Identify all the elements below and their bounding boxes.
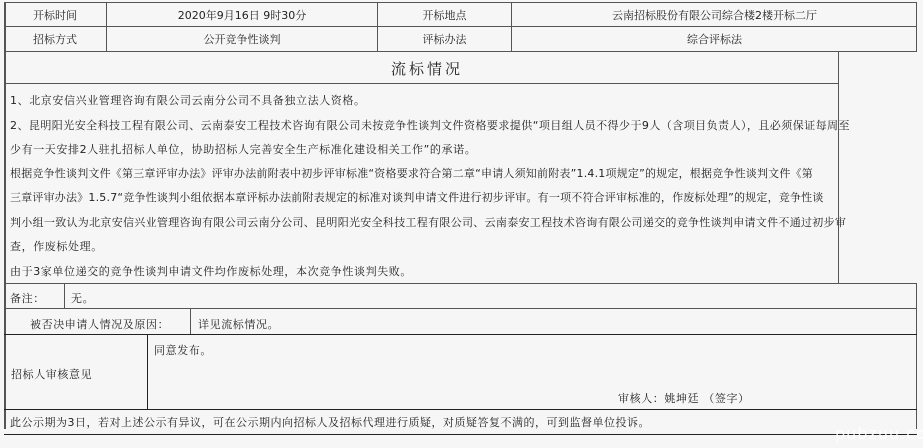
failure-line-1: 1、北京安信兴业管理咨询有限公司云南分公司不具备独立法人资格。 [10,92,366,108]
open-location-value: 云南招标股份有限公司综合楼2楼开标二厅 [512,3,917,26]
review-opinion: 同意发布。 [154,342,212,358]
failure-line-3: 少有一天安排2人驻扎招标人单位，协助招标人完善安全生产标准化建设相关工作”的承诺… [10,141,476,157]
rejected-value: 详见流标情况。 [198,316,279,332]
divider [4,334,917,335]
open-time-value: 2020年9月16日 9时30分 [107,3,377,26]
failure-line-6: 判小组一致认为北京安信兴业管理咨询有限公司云南分公司、昆明阳光安全科技工程有限公… [10,214,846,230]
outer-right-border [916,283,917,429]
open-time-label: 开标时间 [4,3,106,26]
watermark: pubzuu.com [835,424,923,443]
divider [4,283,917,284]
rejected-label: 被否决申请人情况及原因： [30,316,169,332]
failure-title: 流标情况 [391,58,463,79]
divider [4,409,917,410]
divider [190,308,191,334]
evaluation-method-value: 综合评标法 [512,27,917,51]
reviewer-signature: 审核人：姚坤廷 （签字） [618,390,750,406]
divider [4,83,838,84]
divider [64,283,65,308]
failure-line-8: 由于3家单位递交的竞争性谈判申请文件均作废标处理，本次竞争性谈判失败。 [10,263,412,279]
failure-line-2: 2、昆明阳光安全科技工程有限公司、云南泰安工程技术咨询有限公司未按竞争性谈判文件… [10,117,850,133]
failure-line-4: 根据竞争性谈判文件《第三章评审办法》评审办法前附表中初步评审标准“资格要求符合第… [10,165,813,181]
open-location-label: 开标地点 [378,3,511,26]
bid-method-label: 招标方式 [4,27,106,51]
divider [4,308,917,309]
right-column-border [838,52,839,284]
remarks-value: 无。 [71,290,94,306]
failure-line-7: 查，作废标处理。 [10,238,103,254]
bid-method-value: 公开竞争性谈判 [107,27,377,51]
remarks-label: 备注： [10,290,45,306]
outer-left-border [4,52,6,429]
footer-notice: 此公示期为3日，若对上述公示有异议，可在公示期内向招标人及招标代理进行质疑，对质… [10,414,650,430]
evaluation-method-label: 评标办法 [378,27,511,51]
review-label: 招标人审核意见 [11,366,92,382]
failure-line-5: 三章评审办法》1.5.7“竞争性谈判小组依据本章评标办法前附表规定的标准对谈判申… [10,189,824,205]
divider [147,334,148,409]
bottom-border [4,434,917,435]
